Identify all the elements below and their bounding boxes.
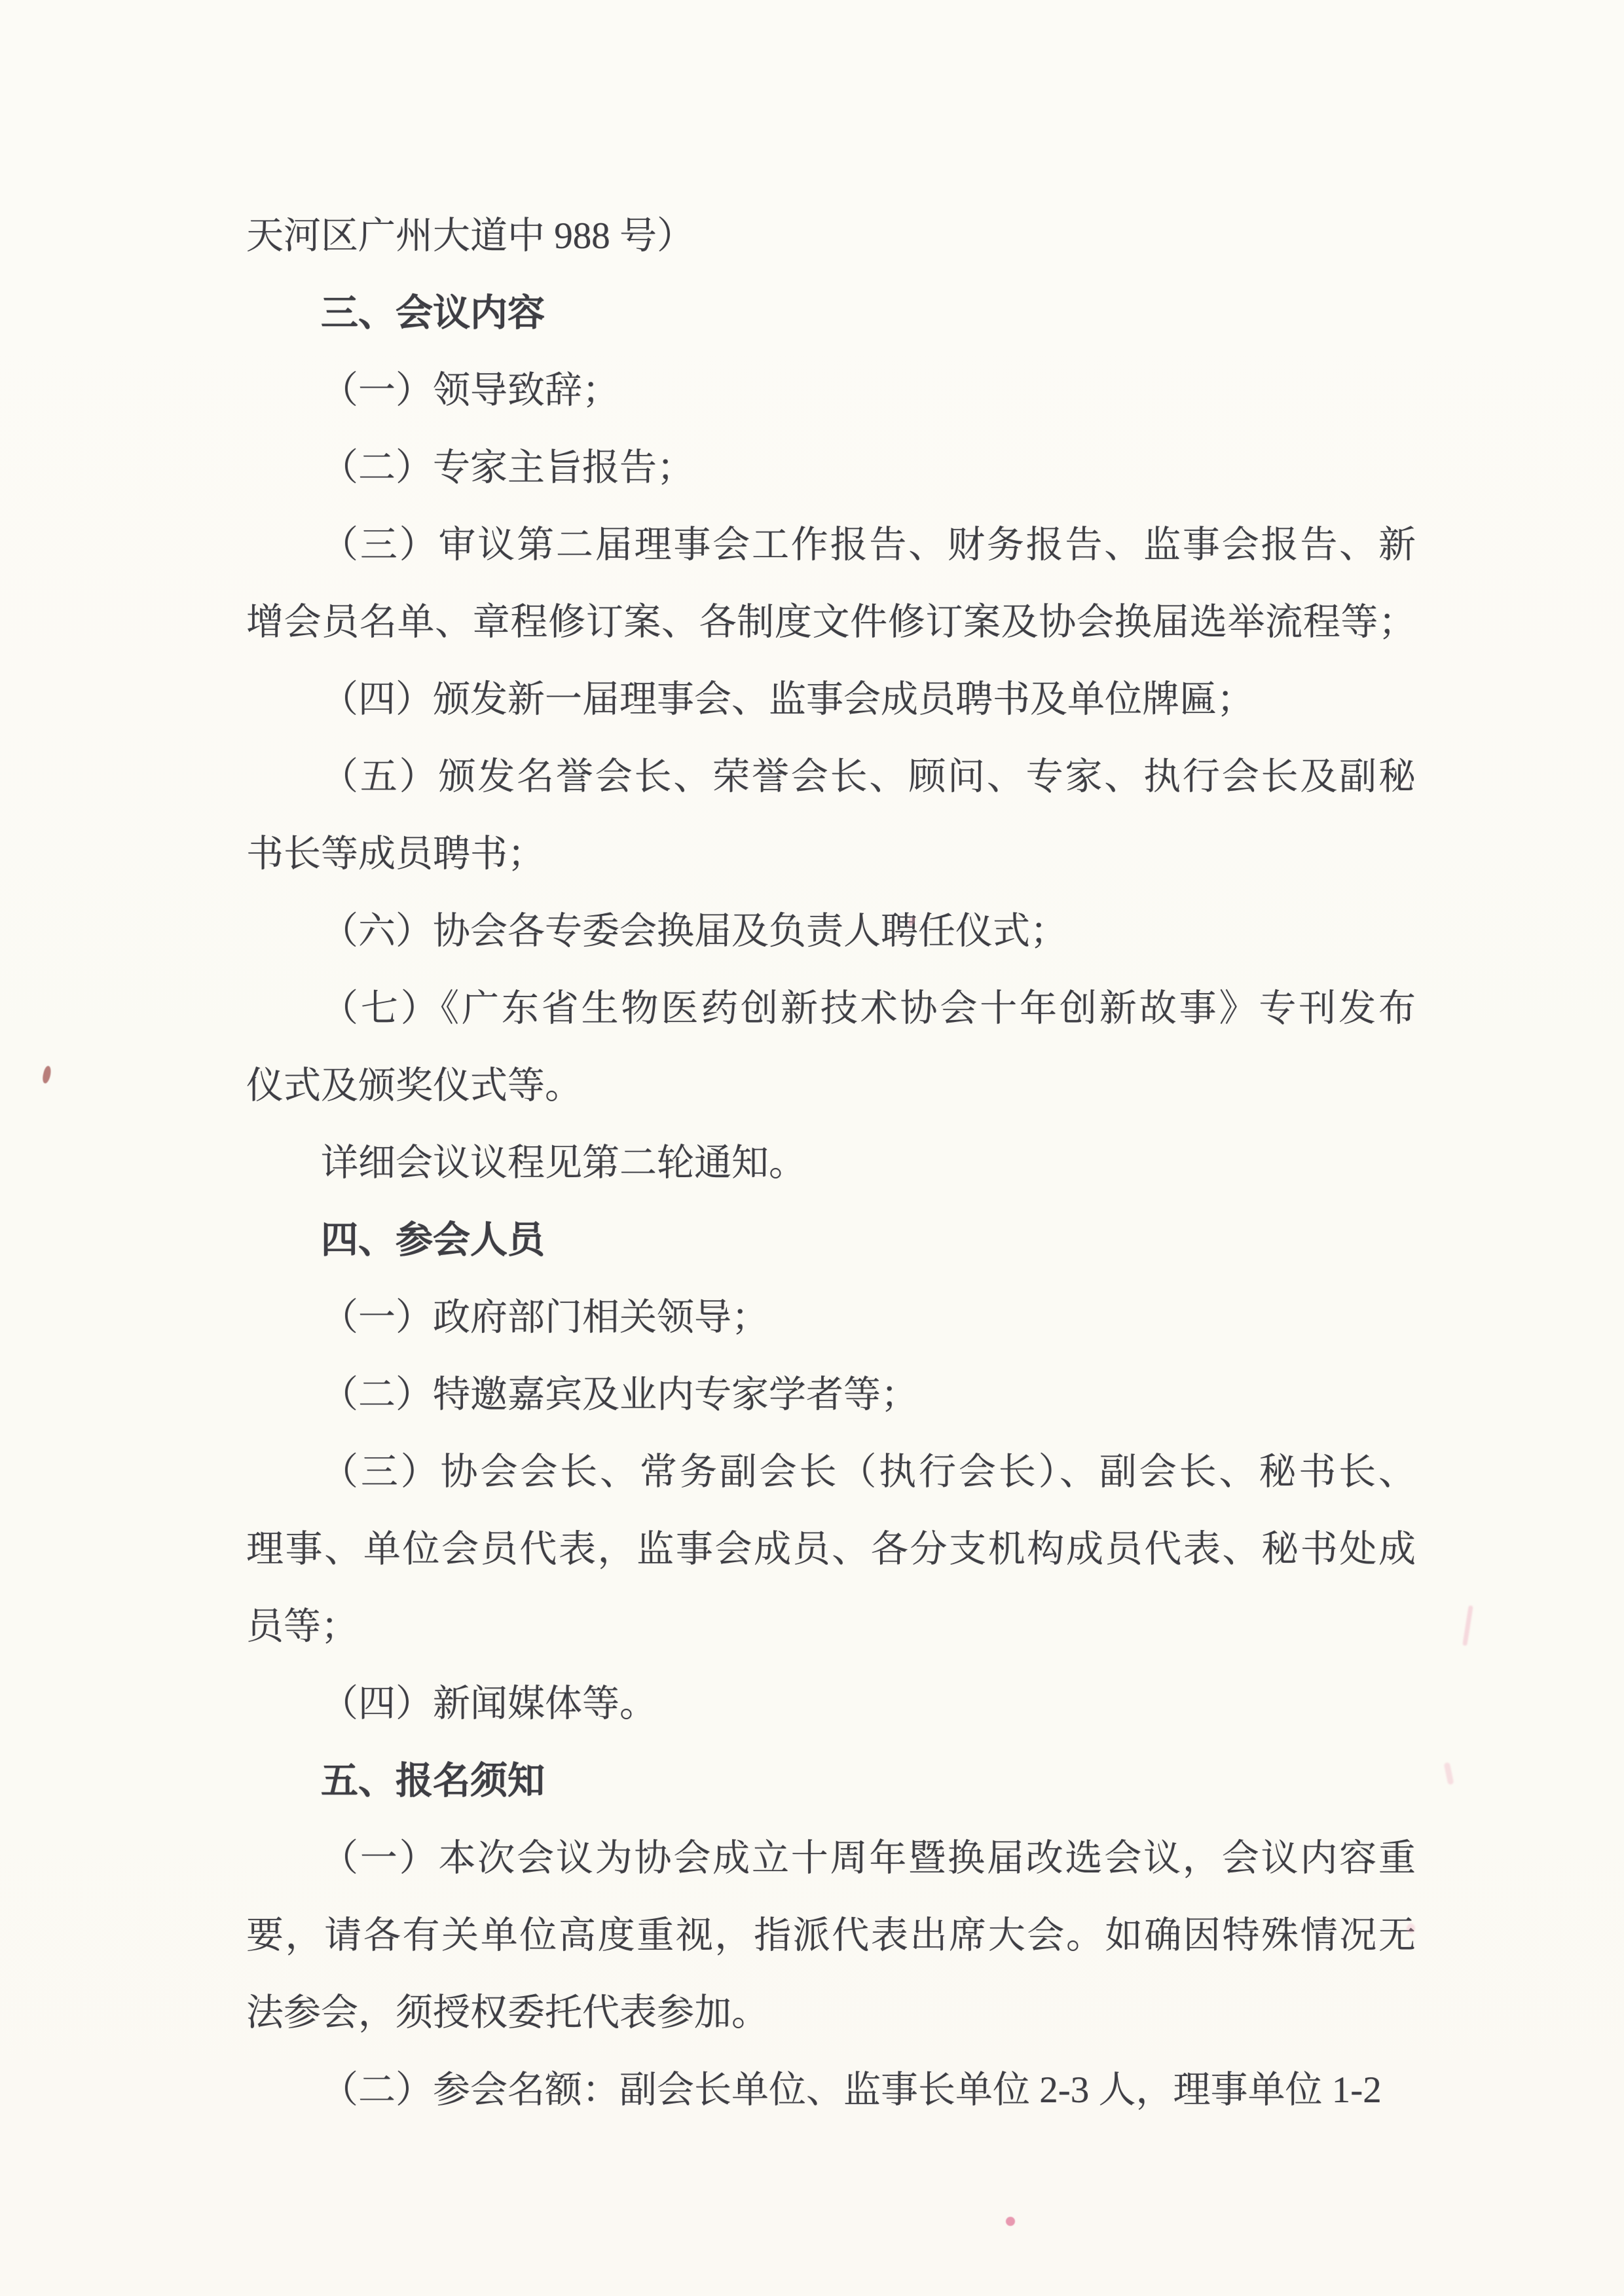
text-line: 理事、单位会员代表，监事会成员、各分支机构成员代表、秘书处成: [246, 1511, 1416, 1588]
section-heading: 三、会议内容: [246, 275, 1416, 352]
scan-artifact-red-tick: [41, 1065, 52, 1084]
text-line: （七）《广东省生物医药创新技术协会十年创新故事》专刊发布: [246, 970, 1416, 1048]
scan-artifact-pink-streak: [1444, 1762, 1454, 1785]
section-heading: 四、参会人员: [246, 1202, 1416, 1279]
text-line: （一）领导致辞；: [246, 352, 1416, 429]
text-line: 详细会议议程见第二轮通知。: [246, 1125, 1416, 1202]
scan-artifact-pink-streak: [1462, 1605, 1473, 1646]
text-line: （二）参会名额：副会长单位、监事长单位 2-3 人，理事单位 1-2: [246, 2052, 1416, 2129]
document-page: 天河区广州大道中 988 号）三、会议内容（一）领导致辞；（二）专家主旨报告；（…: [0, 0, 1624, 2296]
text-line: 要，请各有关单位高度重视，指派代表出席大会。如确因特殊情况无: [246, 1897, 1416, 1975]
text-line: （六）协会各专委会换届及负责人聘任仪式；: [246, 893, 1416, 970]
text-line: 天河区广州大道中 988 号）: [246, 198, 1416, 275]
section-heading: 五、报名须知: [246, 1743, 1416, 1820]
text-line: （五）颁发名誉会长、荣誉会长、顾问、专家、执行会长及副秘: [246, 738, 1416, 816]
text-line: （四）新闻媒体等。: [246, 1666, 1416, 1743]
text-line: 仪式及颁奖仪式等。: [246, 1048, 1416, 1125]
text-line: （三）协会会长、常务副会长（执行会长）、副会长、秘书长、: [246, 1434, 1416, 1511]
text-line: 员等；: [246, 1588, 1416, 1666]
text-line: （四）颁发新一届理事会、监事会成员聘书及单位牌匾；: [246, 661, 1416, 738]
text-line: （二）专家主旨报告；: [246, 429, 1416, 507]
document-body: 天河区广州大道中 988 号）三、会议内容（一）领导致辞；（二）专家主旨报告；（…: [246, 198, 1416, 2129]
text-line: 书长等成员聘书；: [246, 816, 1416, 893]
text-line: （一）政府部门相关领导；: [246, 1279, 1416, 1357]
scan-artifact-pink-dot: [1006, 2217, 1015, 2226]
text-line: （三）审议第二届理事会工作报告、财务报告、监事会报告、新: [246, 507, 1416, 584]
text-line: 增会员名单、章程修订案、各制度文件修订案及协会换届选举流程等；: [246, 584, 1416, 661]
text-line: （二）特邀嘉宾及业内专家学者等；: [246, 1357, 1416, 1434]
text-line: 法参会，须授权委托代表参加。: [246, 1975, 1416, 2052]
text-line: （一）本次会议为协会成立十周年暨换届改选会议，会议内容重: [246, 1820, 1416, 1897]
